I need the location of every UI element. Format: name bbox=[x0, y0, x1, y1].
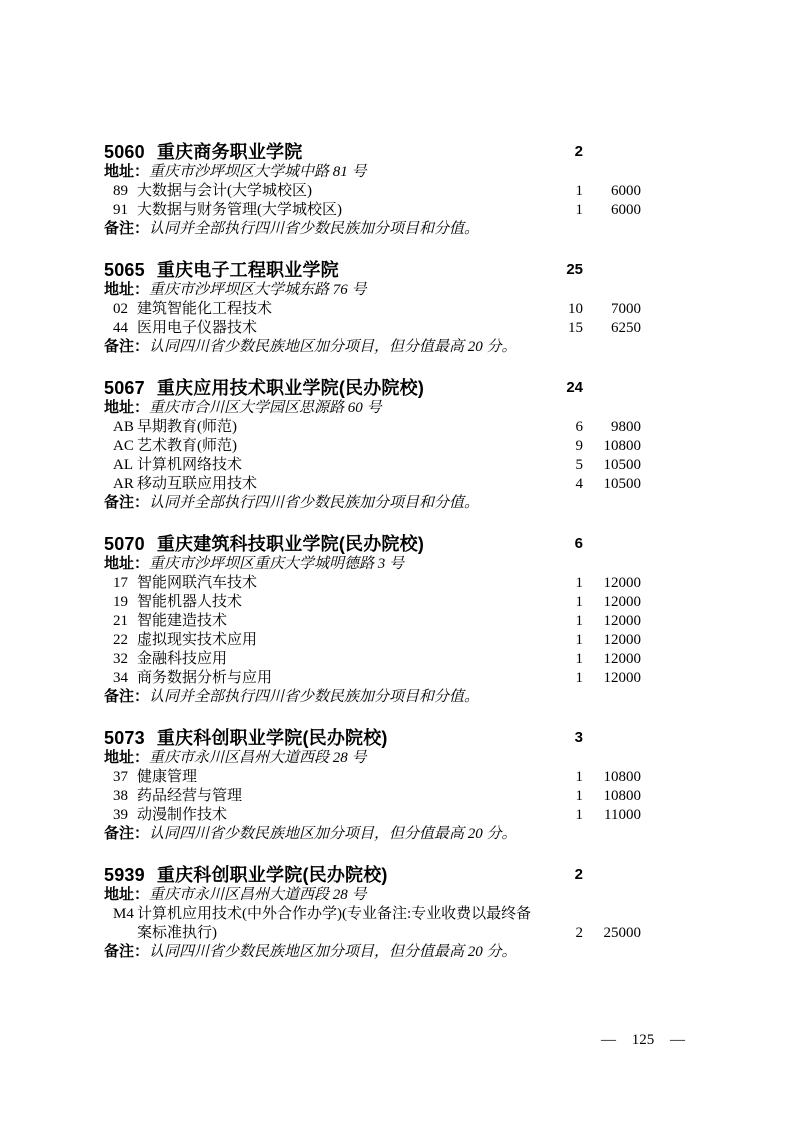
major-row: 22虚拟现实技术应用 1 12000 bbox=[113, 631, 641, 650]
major-title: 19智能机器人技术 bbox=[113, 593, 547, 612]
major-title: 44医用电子仪器技术 bbox=[113, 319, 547, 338]
remark-row: 备注：认同并全部执行四川省少数民族加分项目和分值。 bbox=[104, 494, 641, 513]
institution-header: 5060重庆商务职业学院 2 bbox=[104, 141, 641, 163]
major-list: 37健康管理 1 10800 38药品经营与管理 1 10800 39动漫制作技… bbox=[104, 768, 641, 825]
major-name: 计算机应用技术(中外合作办学)(专业备注:专业收费以最终备案标准执行) bbox=[137, 906, 531, 941]
institution-header: 5065重庆电子工程职业学院 25 bbox=[104, 259, 641, 281]
major-fee: 12000 bbox=[583, 631, 641, 650]
major-code: 37 bbox=[113, 768, 137, 787]
major-fee: 10500 bbox=[583, 456, 641, 475]
address-label: 地址： bbox=[104, 164, 149, 180]
major-code: 39 bbox=[113, 806, 137, 825]
institution-code: 5060 bbox=[104, 142, 145, 162]
major-fee: 25000 bbox=[583, 924, 641, 943]
major-title: AB早期教育(师范) bbox=[113, 418, 547, 437]
major-plan-count: 1 bbox=[547, 201, 583, 220]
page-number-value: 125 bbox=[632, 1031, 655, 1050]
major-name: 健康管理 bbox=[137, 769, 197, 785]
major-row: 02建筑智能化工程技术 10 7000 bbox=[113, 300, 641, 319]
institution-code: 5065 bbox=[104, 260, 145, 280]
address-row: 地址：重庆市永川区昌州大道西段 28 号 bbox=[104, 886, 641, 905]
major-title: 38药品经营与管理 bbox=[113, 787, 547, 806]
major-fee: 12000 bbox=[583, 612, 641, 631]
major-code: 38 bbox=[113, 787, 137, 806]
major-title: 91大数据与财务管理(大学城校区) bbox=[113, 201, 547, 220]
major-title: AL计算机网络技术 bbox=[113, 456, 547, 475]
major-code: AC bbox=[113, 437, 137, 456]
remark-label: 备注： bbox=[104, 944, 149, 960]
major-plan-count: 1 bbox=[547, 574, 583, 593]
institution-block: 5073重庆科创职业学院(民办院校) 3 地址：重庆市永川区昌州大道西段 28 … bbox=[104, 727, 641, 844]
major-fee: 12000 bbox=[583, 574, 641, 593]
address-text: 重庆市沙坪坝区重庆大学城明德路 3 号 bbox=[149, 556, 404, 572]
major-name: 药品经营与管理 bbox=[137, 788, 242, 804]
major-code: AL bbox=[113, 456, 137, 475]
major-plan-count: 5 bbox=[547, 456, 583, 475]
institution-plan-total: 3 bbox=[547, 727, 583, 749]
institution-name: 重庆电子工程职业学院 bbox=[157, 260, 339, 280]
major-plan-count: 1 bbox=[547, 182, 583, 201]
major-plan-count: 1 bbox=[547, 612, 583, 631]
major-name: 医用电子仪器技术 bbox=[137, 320, 257, 336]
page-number-dash-left: — bbox=[601, 1031, 616, 1050]
major-row: 91大数据与财务管理(大学城校区) 1 6000 bbox=[113, 201, 641, 220]
major-code: 91 bbox=[113, 201, 137, 220]
major-fee: 12000 bbox=[583, 593, 641, 612]
major-plan-count: 1 bbox=[547, 650, 583, 669]
institution-plan-total: 2 bbox=[547, 864, 583, 886]
major-title: 37健康管理 bbox=[113, 768, 547, 787]
major-plan-count: 1 bbox=[547, 787, 583, 806]
major-code: 44 bbox=[113, 319, 137, 338]
major-plan-count: 1 bbox=[547, 631, 583, 650]
major-fee: 12000 bbox=[583, 650, 641, 669]
institution-name: 重庆应用技术职业学院(民办院校) bbox=[157, 378, 424, 398]
major-name: 早期教育(师范) bbox=[137, 419, 237, 435]
major-fee: 6250 bbox=[583, 319, 641, 338]
institution-title: 5065重庆电子工程职业学院 bbox=[104, 259, 547, 281]
institution-code: 5939 bbox=[104, 865, 145, 885]
major-name: 建筑智能化工程技术 bbox=[137, 301, 272, 317]
major-title: AR移动互联应用技术 bbox=[113, 475, 547, 494]
major-row: AC艺术教育(师范) 9 10800 bbox=[113, 437, 641, 456]
major-list: 89大数据与会计(大学城校区) 1 6000 91大数据与财务管理(大学城校区)… bbox=[104, 182, 641, 220]
institution-block: 5939重庆科创职业学院(民办院校) 2 地址：重庆市永川区昌州大道西段 28 … bbox=[104, 864, 641, 962]
major-row: 39动漫制作技术 1 11000 bbox=[113, 806, 641, 825]
address-label: 地址： bbox=[104, 556, 149, 572]
institution-block: 5067重庆应用技术职业学院(民办院校) 24 地址：重庆市合川区大学园区思源路… bbox=[104, 377, 641, 513]
address-text: 重庆市沙坪坝区大学城东路 76 号 bbox=[149, 282, 367, 298]
address-text: 重庆市沙坪坝区大学城中路 81 号 bbox=[149, 164, 367, 180]
major-row: 89大数据与会计(大学城校区) 1 6000 bbox=[113, 182, 641, 201]
major-code: 34 bbox=[113, 669, 137, 688]
major-code: 02 bbox=[113, 300, 137, 319]
major-title: 22虚拟现实技术应用 bbox=[113, 631, 547, 650]
major-title: M4计算机应用技术(中外合作办学)(专业备注:专业收费以最终备案标准执行) bbox=[113, 905, 547, 943]
major-name: 计算机网络技术 bbox=[137, 457, 242, 473]
remark-text: 认同四川省少数民族地区加分项目，但分值最高 20 分。 bbox=[149, 339, 517, 355]
address-row: 地址：重庆市沙坪坝区大学城东路 76 号 bbox=[104, 281, 641, 300]
major-code: AB bbox=[113, 418, 137, 437]
major-plan-count: 1 bbox=[547, 768, 583, 787]
institution-code: 5073 bbox=[104, 728, 145, 748]
major-row: AL计算机网络技术 5 10500 bbox=[113, 456, 641, 475]
major-title: 21智能建造技术 bbox=[113, 612, 547, 631]
major-row: 19智能机器人技术 1 12000 bbox=[113, 593, 641, 612]
remark-text: 认同四川省少数民族地区加分项目，但分值最高 20 分。 bbox=[149, 944, 517, 960]
institution-plan-total: 2 bbox=[547, 141, 583, 163]
major-title: 89大数据与会计(大学城校区) bbox=[113, 182, 547, 201]
major-code: M4 bbox=[113, 905, 137, 924]
institution-plan-total: 6 bbox=[547, 533, 583, 555]
major-plan-count: 1 bbox=[547, 669, 583, 688]
major-title: 02建筑智能化工程技术 bbox=[113, 300, 547, 319]
remark-text: 认同并全部执行四川省少数民族加分项目和分值。 bbox=[149, 221, 479, 237]
institution-title: 5070重庆建筑科技职业学院(民办院校) bbox=[104, 533, 547, 555]
institution-name: 重庆科创职业学院(民办院校) bbox=[157, 865, 388, 885]
major-code: 17 bbox=[113, 574, 137, 593]
institution-block: 5060重庆商务职业学院 2 地址：重庆市沙坪坝区大学城中路 81 号 89大数… bbox=[104, 141, 641, 239]
major-fee: 10500 bbox=[583, 475, 641, 494]
major-list: 02建筑智能化工程技术 10 7000 44医用电子仪器技术 15 6250 bbox=[104, 300, 641, 338]
major-name: 移动互联应用技术 bbox=[137, 476, 257, 492]
major-code: 21 bbox=[113, 612, 137, 631]
major-name: 艺术教育(师范) bbox=[137, 438, 237, 454]
remark-row: 备注：认同四川省少数民族地区加分项目，但分值最高 20 分。 bbox=[104, 943, 641, 962]
major-list: 17智能网联汽车技术 1 12000 19智能机器人技术 1 12000 21智… bbox=[104, 574, 641, 688]
institution-title: 5067重庆应用技术职业学院(民办院校) bbox=[104, 377, 547, 399]
remark-row: 备注：认同并全部执行四川省少数民族加分项目和分值。 bbox=[104, 220, 641, 239]
institution-header: 5939重庆科创职业学院(民办院校) 2 bbox=[104, 864, 641, 886]
page-number-dash-right: — bbox=[670, 1031, 685, 1050]
major-name: 大数据与财务管理(大学城校区) bbox=[137, 202, 342, 218]
institution-name: 重庆科创职业学院(民办院校) bbox=[157, 728, 388, 748]
remark-label: 备注： bbox=[104, 689, 149, 705]
major-code: 89 bbox=[113, 182, 137, 201]
remark-label: 备注： bbox=[104, 221, 149, 237]
major-title: 39动漫制作技术 bbox=[113, 806, 547, 825]
major-list: M4计算机应用技术(中外合作办学)(专业备注:专业收费以最终备案标准执行) 2 … bbox=[104, 905, 641, 943]
remark-label: 备注： bbox=[104, 495, 149, 511]
institution-plan-total: 24 bbox=[547, 377, 583, 399]
document-page: 5060重庆商务职业学院 2 地址：重庆市沙坪坝区大学城中路 81 号 89大数… bbox=[0, 0, 794, 1123]
address-label: 地址： bbox=[104, 400, 149, 416]
institution-list: 5060重庆商务职业学院 2 地址：重庆市沙坪坝区大学城中路 81 号 89大数… bbox=[104, 141, 641, 982]
major-name: 大数据与会计(大学城校区) bbox=[137, 183, 312, 199]
major-row: AB早期教育(师范) 6 9800 bbox=[113, 418, 641, 437]
address-row: 地址：重庆市合川区大学园区思源路 60 号 bbox=[104, 399, 641, 418]
major-plan-count: 10 bbox=[547, 300, 583, 319]
major-row: 21智能建造技术 1 12000 bbox=[113, 612, 641, 631]
institution-header: 5073重庆科创职业学院(民办院校) 3 bbox=[104, 727, 641, 749]
major-name: 智能机器人技术 bbox=[137, 594, 242, 610]
major-fee: 10800 bbox=[583, 768, 641, 787]
major-row: 17智能网联汽车技术 1 12000 bbox=[113, 574, 641, 593]
address-text: 重庆市永川区昌州大道西段 28 号 bbox=[149, 887, 367, 903]
major-row: 32金融科技应用 1 12000 bbox=[113, 650, 641, 669]
major-name: 智能网联汽车技术 bbox=[137, 575, 257, 591]
remark-row: 备注：认同并全部执行四川省少数民族加分项目和分值。 bbox=[104, 688, 641, 707]
institution-title: 5073重庆科创职业学院(民办院校) bbox=[104, 727, 547, 749]
remark-label: 备注： bbox=[104, 339, 149, 355]
major-name: 虚拟现实技术应用 bbox=[137, 632, 257, 648]
major-row: 38药品经营与管理 1 10800 bbox=[113, 787, 641, 806]
institution-title: 5060重庆商务职业学院 bbox=[104, 141, 547, 163]
major-plan-count: 15 bbox=[547, 319, 583, 338]
major-plan-count: 1 bbox=[547, 593, 583, 612]
remark-label: 备注： bbox=[104, 826, 149, 842]
major-plan-count: 2 bbox=[547, 924, 583, 943]
major-name: 动漫制作技术 bbox=[137, 807, 227, 823]
major-title: AC艺术教育(师范) bbox=[113, 437, 547, 456]
page-number: — 125 — bbox=[601, 1031, 685, 1050]
address-row: 地址：重庆市沙坪坝区重庆大学城明德路 3 号 bbox=[104, 555, 641, 574]
major-row: M4计算机应用技术(中外合作办学)(专业备注:专业收费以最终备案标准执行) 2 … bbox=[113, 905, 641, 943]
address-text: 重庆市合川区大学园区思源路 60 号 bbox=[149, 400, 382, 416]
major-code: AR bbox=[113, 475, 137, 494]
major-list: AB早期教育(师范) 6 9800 AC艺术教育(师范) 9 10800 AL计… bbox=[104, 418, 641, 494]
major-title: 17智能网联汽车技术 bbox=[113, 574, 547, 593]
major-fee: 9800 bbox=[583, 418, 641, 437]
address-label: 地址： bbox=[104, 750, 149, 766]
address-row: 地址：重庆市永川区昌州大道西段 28 号 bbox=[104, 749, 641, 768]
remark-text: 认同四川省少数民族地区加分项目，但分值最高 20 分。 bbox=[149, 826, 517, 842]
remark-text: 认同并全部执行四川省少数民族加分项目和分值。 bbox=[149, 689, 479, 705]
major-name: 商务数据分析与应用 bbox=[137, 670, 272, 686]
major-plan-count: 6 bbox=[547, 418, 583, 437]
remark-text: 认同并全部执行四川省少数民族加分项目和分值。 bbox=[149, 495, 479, 511]
major-code: 32 bbox=[113, 650, 137, 669]
remark-row: 备注：认同四川省少数民族地区加分项目，但分值最高 20 分。 bbox=[104, 338, 641, 357]
major-name: 智能建造技术 bbox=[137, 613, 227, 629]
address-label: 地址： bbox=[104, 887, 149, 903]
major-plan-count: 4 bbox=[547, 475, 583, 494]
institution-code: 5070 bbox=[104, 534, 145, 554]
major-fee: 12000 bbox=[583, 669, 641, 688]
institution-name: 重庆建筑科技职业学院(民办院校) bbox=[157, 534, 424, 554]
institution-block: 5070重庆建筑科技职业学院(民办院校) 6 地址：重庆市沙坪坝区重庆大学城明德… bbox=[104, 533, 641, 707]
major-code: 19 bbox=[113, 593, 137, 612]
major-fee: 11000 bbox=[583, 806, 641, 825]
institution-title: 5939重庆科创职业学院(民办院校) bbox=[104, 864, 547, 886]
major-fee: 6000 bbox=[583, 182, 641, 201]
address-row: 地址：重庆市沙坪坝区大学城中路 81 号 bbox=[104, 163, 641, 182]
address-text: 重庆市永川区昌州大道西段 28 号 bbox=[149, 750, 367, 766]
major-row: 34商务数据分析与应用 1 12000 bbox=[113, 669, 641, 688]
institution-code: 5067 bbox=[104, 378, 145, 398]
major-fee: 10800 bbox=[583, 437, 641, 456]
remark-row: 备注：认同四川省少数民族地区加分项目，但分值最高 20 分。 bbox=[104, 825, 641, 844]
major-code: 22 bbox=[113, 631, 137, 650]
major-fee: 10800 bbox=[583, 787, 641, 806]
major-row: 44医用电子仪器技术 15 6250 bbox=[113, 319, 641, 338]
institution-name: 重庆商务职业学院 bbox=[157, 142, 303, 162]
major-plan-count: 1 bbox=[547, 806, 583, 825]
address-label: 地址： bbox=[104, 282, 149, 298]
institution-plan-total: 25 bbox=[547, 259, 583, 281]
major-row: AR移动互联应用技术 4 10500 bbox=[113, 475, 641, 494]
major-title: 32金融科技应用 bbox=[113, 650, 547, 669]
major-fee: 7000 bbox=[583, 300, 641, 319]
major-row: 37健康管理 1 10800 bbox=[113, 768, 641, 787]
major-title: 34商务数据分析与应用 bbox=[113, 669, 547, 688]
major-fee: 6000 bbox=[583, 201, 641, 220]
major-plan-count: 9 bbox=[547, 437, 583, 456]
institution-block: 5065重庆电子工程职业学院 25 地址：重庆市沙坪坝区大学城东路 76 号 0… bbox=[104, 259, 641, 357]
major-name: 金融科技应用 bbox=[137, 651, 227, 667]
institution-header: 5070重庆建筑科技职业学院(民办院校) 6 bbox=[104, 533, 641, 555]
institution-header: 5067重庆应用技术职业学院(民办院校) 24 bbox=[104, 377, 641, 399]
